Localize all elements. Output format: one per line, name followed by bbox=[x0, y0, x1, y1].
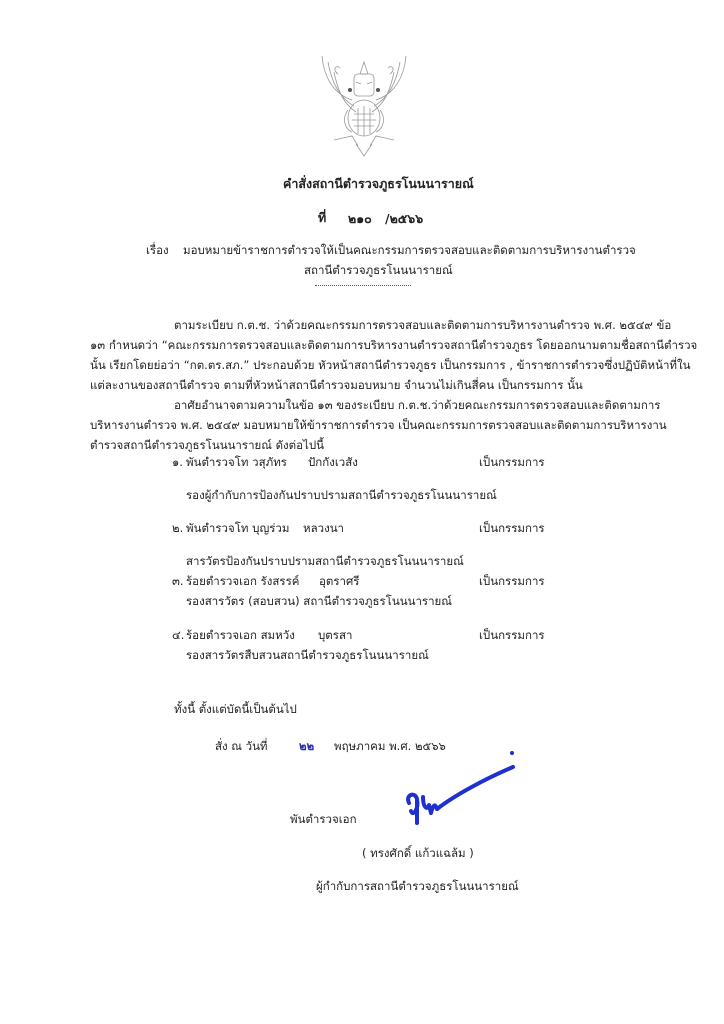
member-3-surname: อุตราศรี bbox=[319, 573, 360, 589]
member-4-rank-name: ร้อยตำรวจเอก สมหวัง bbox=[186, 627, 295, 643]
member-2-role: เป็นกรรมการ bbox=[479, 520, 545, 536]
member-1-number: ๑. bbox=[172, 454, 183, 470]
signature-icon bbox=[395, 745, 525, 835]
signer-rank: พันตำรวจเอก bbox=[290, 811, 357, 827]
member-1-rank-name: พันตำรวจโท วสุภัทร bbox=[186, 454, 287, 470]
signer-name: ( ทรงศักดิ์ แก้วแฉล้ม ) bbox=[362, 845, 474, 861]
subject-label: เรื่อง bbox=[146, 242, 169, 258]
member-2-position: สารวัตรป้องกันปราบปรามสถานีตำรวจภูธรโนนน… bbox=[186, 553, 464, 569]
member-4-role: เป็นกรรมการ bbox=[479, 627, 545, 643]
subject-line-1: มอบหมายข้าราชการตำรวจให้เป็นคณะกรรมการตร… bbox=[183, 242, 636, 258]
para1-line-4: แต่ละงานของสถานีตำรวจ ตามที่หัวหน้าสถานี… bbox=[90, 377, 583, 393]
member-3-number: ๓. bbox=[172, 573, 184, 589]
subject-line-2: สถานีตำรวจภูธรโนนนารายณ์ bbox=[304, 262, 453, 278]
member-3-position: รองสารวัตร (สอบสวน) สถานีตำรวจภูธรโนนนาร… bbox=[186, 593, 452, 609]
member-2-number: ๒. bbox=[172, 520, 183, 536]
document-heading: คำสั่งสถานีตำรวจภูธรโนนนารายณ์ bbox=[283, 176, 474, 192]
member-4-position: รองสารวัตรสืบสวนสถานีตำรวจภูธรโนนนารายณ์ bbox=[186, 647, 429, 663]
member-1-surname: ปักกังเวสัง bbox=[308, 454, 358, 470]
order-number: ๒๑๐ bbox=[348, 211, 372, 227]
garuda-emblem-icon bbox=[312, 48, 416, 160]
member-2-rank-name: พันตำรวจโท บุญร่วม bbox=[186, 520, 289, 536]
effective-clause: ทั้งนี้ ตั้งแต่บัดนี้เป็นต้นไป bbox=[174, 701, 297, 717]
member-1-role: เป็นกรรมการ bbox=[479, 454, 545, 470]
para2-line-1: อาศัยอำนาจตามความในข้อ ๑๓ ของระเบียบ ก.ต… bbox=[174, 397, 660, 413]
member-4-surname: บุตรสา bbox=[318, 627, 352, 643]
para2-line-2: บริหารงานตำรวจ พ.ศ. ๒๕๔๙ มอบหมายให้ข้ารา… bbox=[90, 417, 667, 433]
order-number-label: ที่ bbox=[318, 210, 326, 226]
order-year: /๒๕๖๖ bbox=[385, 211, 423, 227]
member-2-surname: หลวงนา bbox=[303, 520, 344, 536]
para2-line-3: ตำรวจสถานีตำรวจภูธรโนนนารายณ์ ดังต่อไปนี… bbox=[90, 437, 324, 453]
order-day: ๒๒ bbox=[299, 738, 314, 754]
signer-position: ผู้กำกับการสถานีตำรวจภูธรโนนนารายณ์ bbox=[316, 878, 519, 894]
para1-line-2: ๑๓ กำหนดว่า “คณะกรรมการตรวจสอบและติดตามก… bbox=[90, 337, 697, 353]
member-4-number: ๔. bbox=[172, 627, 184, 643]
divider-dotted bbox=[315, 285, 411, 286]
member-1-position: รองผู้กำกับการป้องกันปราบปรามสถานีตำรวจภ… bbox=[186, 487, 497, 503]
member-3-role: เป็นกรรมการ bbox=[479, 573, 545, 589]
para1-line-3: นั้น เรียกโดยย่อว่า “กต.ตร.สภ.” ประกอบด้… bbox=[90, 357, 690, 373]
para1-line-1: ตามระเบียบ ก.ต.ช. ว่าด้วยคณะกรรมการตรวจส… bbox=[174, 317, 671, 333]
member-3-rank-name: ร้อยตำรวจเอก รังสรรค์ bbox=[186, 573, 299, 589]
order-date-prefix: สั่ง ณ วันที่ bbox=[215, 738, 268, 754]
